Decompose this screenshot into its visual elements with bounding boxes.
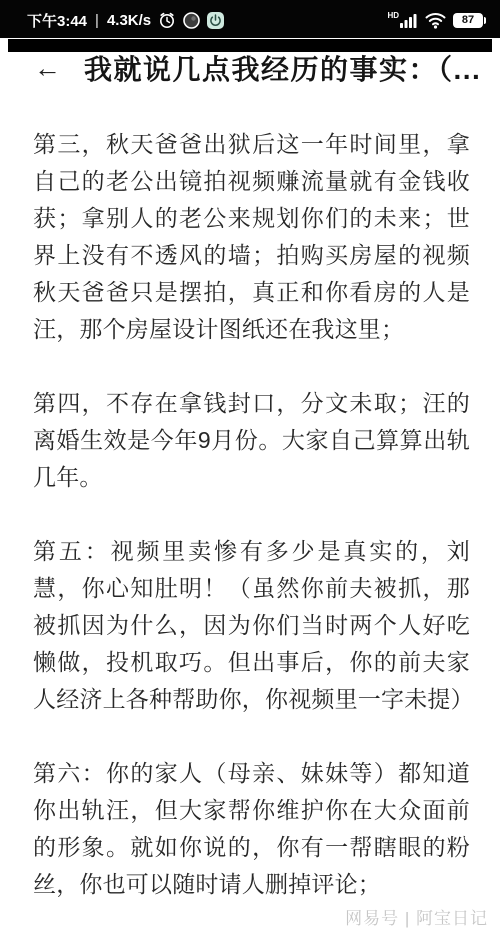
separator: | [94,12,100,29]
article-header: ← 我就说几点我经历的事实：（... [0,38,500,92]
back-button[interactable]: ← [34,55,61,82]
status-bar: 下午3:44 | 4.3K/s [0,0,500,38]
cellular-signal-icon: HD [387,12,418,28]
status-bar-right: HD 87 [387,12,486,29]
alarm-clock-icon [158,11,176,29]
hd-label: HD [387,12,399,20]
paragraph-6: 第六：你的家人（母亲、妹妹等）都知道你出轨汪，但大家帮你维护你在大众面前的形象。… [33,755,470,903]
paragraph-4: 第四，不存在拿钱封口，分文未取；汪的离婚生效是今年9月份。大家自己算算出轨几年。 [33,385,470,496]
battery-tip [484,17,486,24]
battery-percent: 87 [462,14,474,26]
watermark: 网易号 | 阿宝日记 [345,904,488,929]
phone-screen: 下午3:44 | 4.3K/s [0,0,500,937]
article-body: 第三，秋天爸爸出狱后这一年时间里，拿自己的老公出镜拍视频赚流量就有金钱收获；拿别… [0,92,500,903]
page-title: 我就说几点我经历的事实：（... [84,48,481,88]
redaction-bar [8,39,492,52]
paragraph-3: 第三，秋天爸爸出狱后这一年时间里，拿自己的老公出镜拍视频赚流量就有金钱收获；拿别… [33,126,470,348]
power-save-icon [207,12,224,29]
status-bar-left: 下午3:44 | 4.3K/s [27,10,224,31]
dark-circle-icon [183,12,200,29]
network-speed: 4.3K/s [107,12,151,29]
battery-icon: 87 [453,13,486,28]
watermark-text: 网易号 | 阿宝日记 [345,909,488,928]
wifi-icon [425,12,446,29]
clock-time: 下午3:44 [27,10,87,31]
paragraph-5: 第五：视频里卖惨有多少是真实的，刘慧，你心知肚明！（虽然你前夫被抓，那被抓因为什… [33,533,470,718]
